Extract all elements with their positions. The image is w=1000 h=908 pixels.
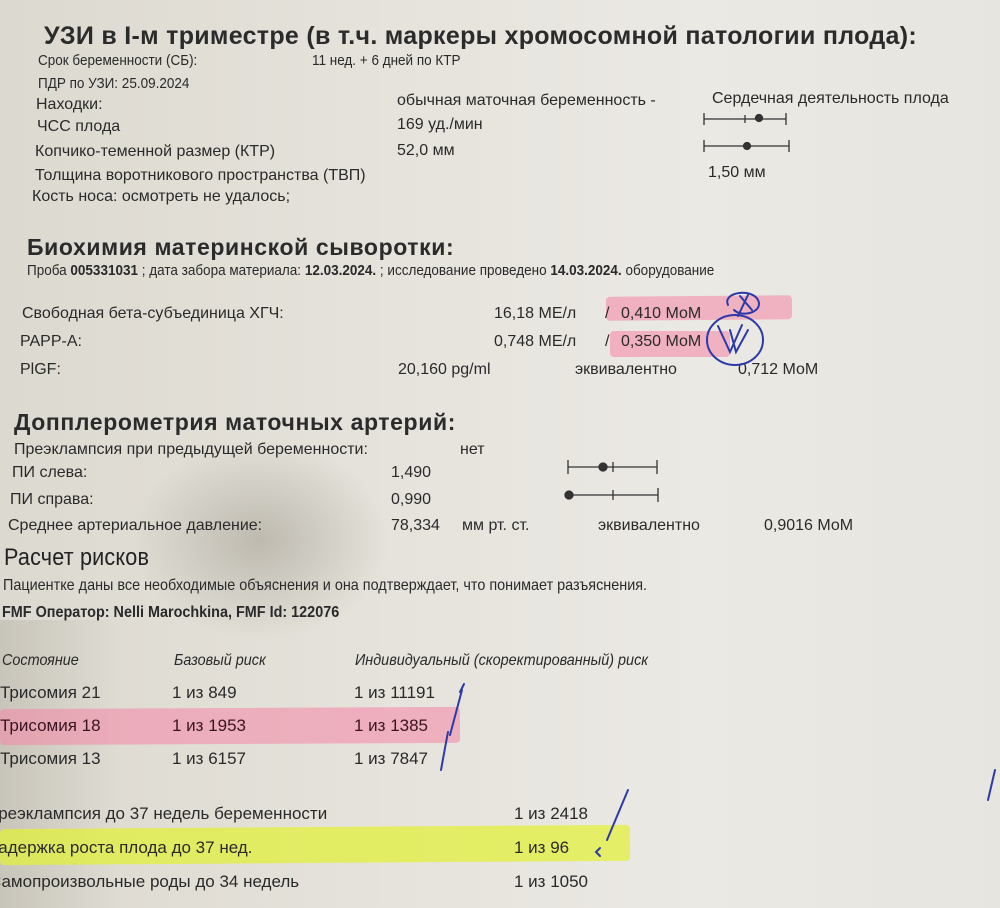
map-equiv: эквивалентно (598, 517, 700, 535)
edd: ПДР по УЗИ: 25.09.2024 (38, 75, 189, 92)
fhr-label: ЧСС плода (37, 118, 120, 136)
trisomy13-condition: Трисомия 13 (0, 749, 101, 769)
map-unit: мм рт. ст. (462, 517, 529, 535)
header-condition: Состояние (2, 652, 79, 670)
pi-right-value: 0,990 (391, 491, 431, 509)
pi-right-range-scale (565, 488, 658, 502)
preeclampsia-prev-label: Преэклампсия при предыдущей беременности… (14, 441, 368, 459)
nt-value: 1,50 мм (708, 164, 766, 182)
preterm34-risk: 1 из 1050 (514, 872, 588, 892)
pappa-mom: 0,350 МоМ (621, 333, 701, 351)
equipment-label: оборудование (625, 262, 714, 279)
plgf-sep: эквивалентно (575, 361, 677, 379)
fgr37-condition: Задержка роста плода до 37 нед. (0, 838, 252, 858)
plgf-mom: 0,712 МоМ (738, 361, 818, 379)
trisomy21-individual: 1 из 11191 (354, 683, 435, 703)
trisomy18-base: 1 из 1953 (172, 716, 246, 736)
header-individual-risk: Индивидуальный (скоректированный) риск (355, 652, 648, 670)
pi-left-label: ПИ слева: (12, 464, 87, 482)
gestation-label: Срок беременности (СБ): (38, 52, 197, 69)
operator-text: FMF Оператор: Nelli Marochkina, FMF Id: … (2, 604, 339, 622)
pi-left-value: 1,490 (391, 464, 431, 482)
fhr-range-scale (704, 113, 786, 125)
map-value: 78,334 (391, 517, 440, 535)
hcg-value: 16,18 МЕ/л (494, 305, 576, 323)
trisomy13-base: 1 из 6157 (172, 749, 246, 769)
gestation-value: 11 нед. + 6 дней по КТР (312, 52, 461, 69)
risks-title: Расчет рисков (4, 544, 149, 572)
pappa-value: 0,748 МЕ/л (494, 333, 576, 351)
preterm34-condition: Самопроизвольные роды до 34 недель (0, 872, 299, 892)
fhr-value: 169 уд./мин (397, 116, 483, 134)
trisomy18-condition: Трисомия 18 (0, 716, 101, 736)
hcg-label: Свободная бета-субъединица ХГЧ: (22, 305, 284, 323)
analysis-label: ; исследование проведено (380, 262, 547, 279)
doppler-title: Допплерометрия маточных артерий: (14, 409, 456, 436)
biochemistry-title: Биохимия материнской сыворотки: (27, 234, 454, 261)
findings-label: Находки: (36, 96, 103, 114)
pi-right-label: ПИ справа: (10, 491, 94, 509)
preeclampsia37-condition: Преэклампсия до 37 недель беременности (0, 804, 327, 824)
sample-prefix: Проба (27, 262, 67, 279)
plgf-value: 20,160 pg/ml (398, 361, 491, 379)
trisomy21-base: 1 из 849 (172, 683, 237, 703)
hcg-sep: / (605, 305, 609, 323)
fgr37-risk: 1 из 96 (514, 838, 569, 858)
map-label: Среднее артериальное давление: (8, 517, 262, 535)
findings-value: обычная маточная беременность - (397, 92, 656, 110)
pen-marks-icon (441, 293, 995, 856)
pappa-label: PAPP-A: (20, 333, 82, 351)
analysis-date: 14.03.2024. (550, 262, 621, 279)
sample-line: Проба 005331031 ; дата забора материала:… (27, 262, 714, 279)
trisomy13-individual: 1 из 7847 (354, 749, 428, 769)
consent-text: Пациентке даны все необходимые объяснени… (3, 577, 647, 595)
trisomy18-individual: 1 из 1385 (354, 716, 428, 736)
map-mom: 0,9016 МоМ (764, 517, 853, 535)
ultrasound-title: УЗИ в I-м триместре (в т.ч. маркеры хром… (44, 22, 917, 51)
nasal-bone: Кость носа: осмотреть не удалось; (32, 188, 290, 206)
collection-label: ; дата забора материала: (142, 262, 301, 279)
collection-date: 12.03.2024. (305, 262, 376, 279)
crl-range-scale (704, 140, 789, 152)
trisomy21-condition: Трисомия 21 (0, 683, 101, 703)
crl-value: 52,0 мм (397, 142, 455, 160)
nt-label: Толщина воротникового пространства (ТВП) (35, 167, 366, 185)
preeclampsia37-risk: 1 из 2418 (514, 804, 588, 824)
plgf-label: PlGF: (20, 361, 61, 379)
header-base-risk: Базовый риск (174, 652, 266, 670)
preeclampsia-prev-value: нет (460, 441, 485, 459)
pappa-sep: / (605, 333, 609, 351)
pi-left-range-scale (568, 460, 657, 474)
crl-label: Копчико-теменной размер (КТР) (35, 143, 275, 161)
sample-id: 005331031 (70, 262, 138, 279)
hcg-mom: 0,410 МоМ (621, 305, 701, 323)
findings-extra: Сердечная деятельность плода (712, 90, 949, 108)
